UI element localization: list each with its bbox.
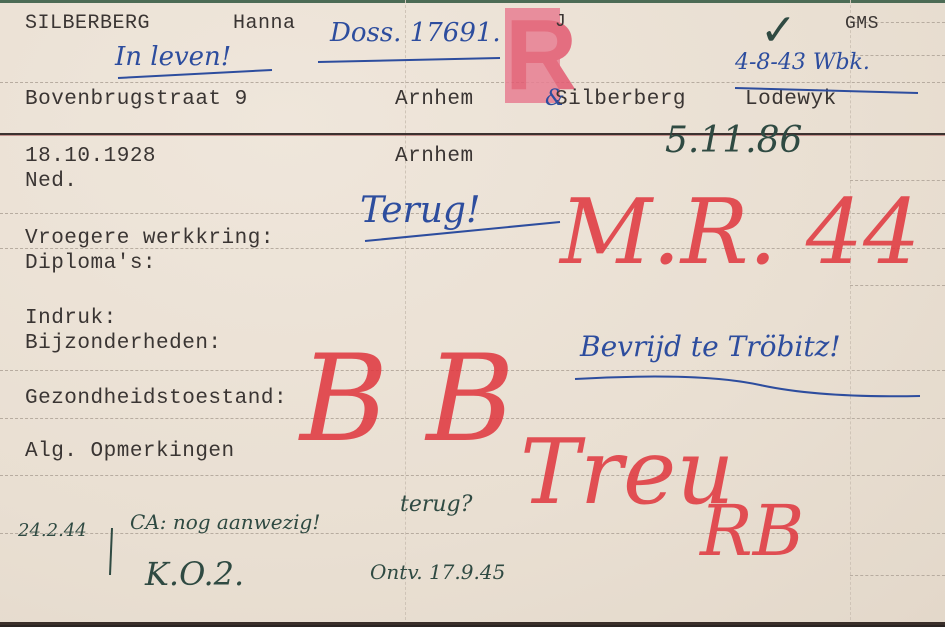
index-card: R SILBERBERG Hanna J GMS Bovenbrugstraat… (0, 0, 945, 625)
ink-underlines (0, 0, 945, 625)
